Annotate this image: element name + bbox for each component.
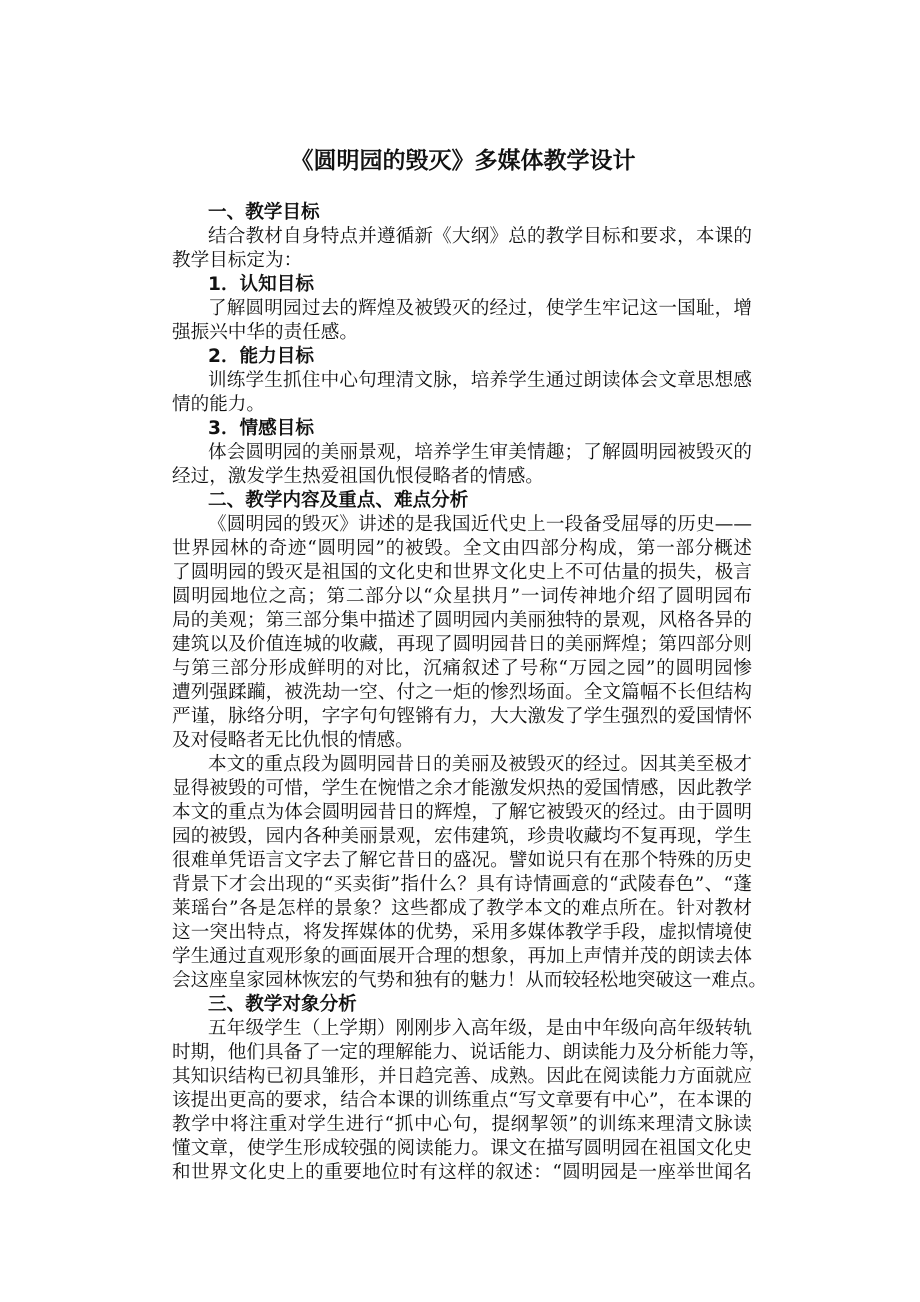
paragraph-line: 严谨，脉络分明，字字句句铿锵有力，大大激发了学生强烈的爱国情怀 bbox=[172, 705, 752, 729]
section-heading: 二、教学内容及重点、难点分析 bbox=[172, 489, 752, 513]
paragraph-line: 结合教材自身特点并遵循新《大纲》总的教学目标和要求，本课的 bbox=[172, 225, 752, 249]
section-heading: 1．认知目标 bbox=[172, 273, 752, 297]
document-title: 《圆明园的毁灭》多媒体教学设计 bbox=[0, 142, 920, 175]
section-heading: 三、教学对象分析 bbox=[172, 993, 752, 1017]
paragraph-line: 了圆明园的毁灭是祖国的文化史和世界文化史上不可估量的损失，极言 bbox=[172, 561, 752, 585]
paragraph-line: 世界园林的奇迹“圆明园”的被毁。全文由四部分构成，第一部分概述 bbox=[172, 537, 752, 561]
paragraph-line: 会这座皇家园林恢宏的气势和独有的魅力！从而较轻松地突破这一难点。 bbox=[172, 969, 752, 993]
section-heading: 2．能力目标 bbox=[172, 345, 752, 369]
paragraph-line: 教学中将注重对学生进行“抓中心句，提纲挈领”的训练来理清文脉读 bbox=[172, 1113, 752, 1137]
paragraph-line: 经过，激发学生热爱祖国仇恨侵略者的情感。 bbox=[172, 465, 752, 489]
section-heading: 3．情感目标 bbox=[172, 417, 752, 441]
paragraph-line: 显得被毁的可惜，学生在惋惜之余才能激发炽热的爱国情感，因此教学 bbox=[172, 777, 752, 801]
paragraph-line: 学生通过直观形象的画面展开合理的想象，再加上声情并茂的朗读去体 bbox=[172, 945, 752, 969]
paragraph-line: 五年级学生（上学期）刚刚步入高年级，是由中年级向高年级转轨 bbox=[172, 1017, 752, 1041]
paragraph-line: 这一突出特点，将发挥媒体的优势，采用多媒体教学手段，虚拟情境使 bbox=[172, 921, 752, 945]
paragraph-line: 其知识结构已初具雏形，并日趋完善、成熟。因此在阅读能力方面就应 bbox=[172, 1065, 752, 1089]
section-heading: 一、教学目标 bbox=[172, 201, 752, 225]
paragraph-line: 局的美观；第三部分集中描述了圆明园内美丽独特的景观，风格各异的 bbox=[172, 609, 752, 633]
paragraph-line: 与第三部分形成鲜明的对比，沉痛叙述了号称“万园之园”的圆明园惨 bbox=[172, 657, 752, 681]
paragraph-line: 教学目标定为： bbox=[172, 249, 752, 273]
paragraph-line: 很难单凭语言文字去了解它昔日的盛况。譬如说只有在那个特殊的历史 bbox=[172, 849, 752, 873]
paragraph-line: 园的被毁，园内各种美丽景观，宏伟建筑，珍贵收藏均不复再现，学生 bbox=[172, 825, 752, 849]
paragraph-line: 本文的重点为体会圆明园昔日的辉煌，了解它被毁灭的经过。由于圆明 bbox=[172, 801, 752, 825]
paragraph-line: 了解圆明园过去的辉煌及被毁灭的经过，使学生牢记这一国耻，增 bbox=[172, 297, 752, 321]
paragraph-line: 背景下才会出现的“买卖街”指什么？具有诗情画意的“武陵春色”、“蓬 bbox=[172, 873, 752, 897]
paragraph-line: 圆明园地位之高；第二部分以“众星拱月”一词传神地介绍了圆明园布 bbox=[172, 585, 752, 609]
paragraph-line: 本文的重点段为圆明园昔日的美丽及被毁灭的经过。因其美至极才 bbox=[172, 753, 752, 777]
paragraph-line: 时期，他们具备了一定的理解能力、说话能力、朗读能力及分析能力等， bbox=[172, 1041, 752, 1065]
paragraph-line: 训练学生抓住中心句理清文脉，培养学生通过朗读体会文章思想感 bbox=[172, 369, 752, 393]
paragraph-line: 莱瑶台”各是怎样的景象？这些都成了教学本文的难点所在。针对教材 bbox=[172, 897, 752, 921]
paragraph-line: 该提出更高的要求，结合本课的训练重点“写文章要有中心”，在本课的 bbox=[172, 1089, 752, 1113]
paragraph-line: 懂文章，使学生形成较强的阅读能力。课文在描写圆明园在祖国文化史 bbox=[172, 1137, 752, 1161]
document-body: 一、教学目标结合教材自身特点并遵循新《大纲》总的教学目标和要求，本课的教学目标定… bbox=[172, 201, 752, 1185]
paragraph-line: 情的能力。 bbox=[172, 393, 752, 417]
document-page: 《圆明园的毁灭》多媒体教学设计 一、教学目标结合教材自身特点并遵循新《大纲》总的… bbox=[0, 0, 920, 1302]
paragraph-line: 《圆明园的毁灭》讲述的是我国近代史上一段备受屈辱的历史—— bbox=[172, 513, 752, 537]
paragraph-line: 及对侵略者无比仇恨的情感。 bbox=[172, 729, 752, 753]
paragraph-line: 强振兴中华的责任感。 bbox=[172, 321, 752, 345]
paragraph-line: 遭列强蹂躏，被洗劫一空、付之一炬的惨烈场面。全文篇幅不长但结构 bbox=[172, 681, 752, 705]
paragraph-line: 和世界文化史上的重要地位时有这样的叙述：“圆明园是一座举世闻名 bbox=[172, 1161, 752, 1185]
paragraph-line: 体会圆明园的美丽景观，培养学生审美情趣；了解圆明园被毁灭的 bbox=[172, 441, 752, 465]
paragraph-line: 建筑以及价值连城的收藏，再现了圆明园昔日的美丽辉煌；第四部分则 bbox=[172, 633, 752, 657]
